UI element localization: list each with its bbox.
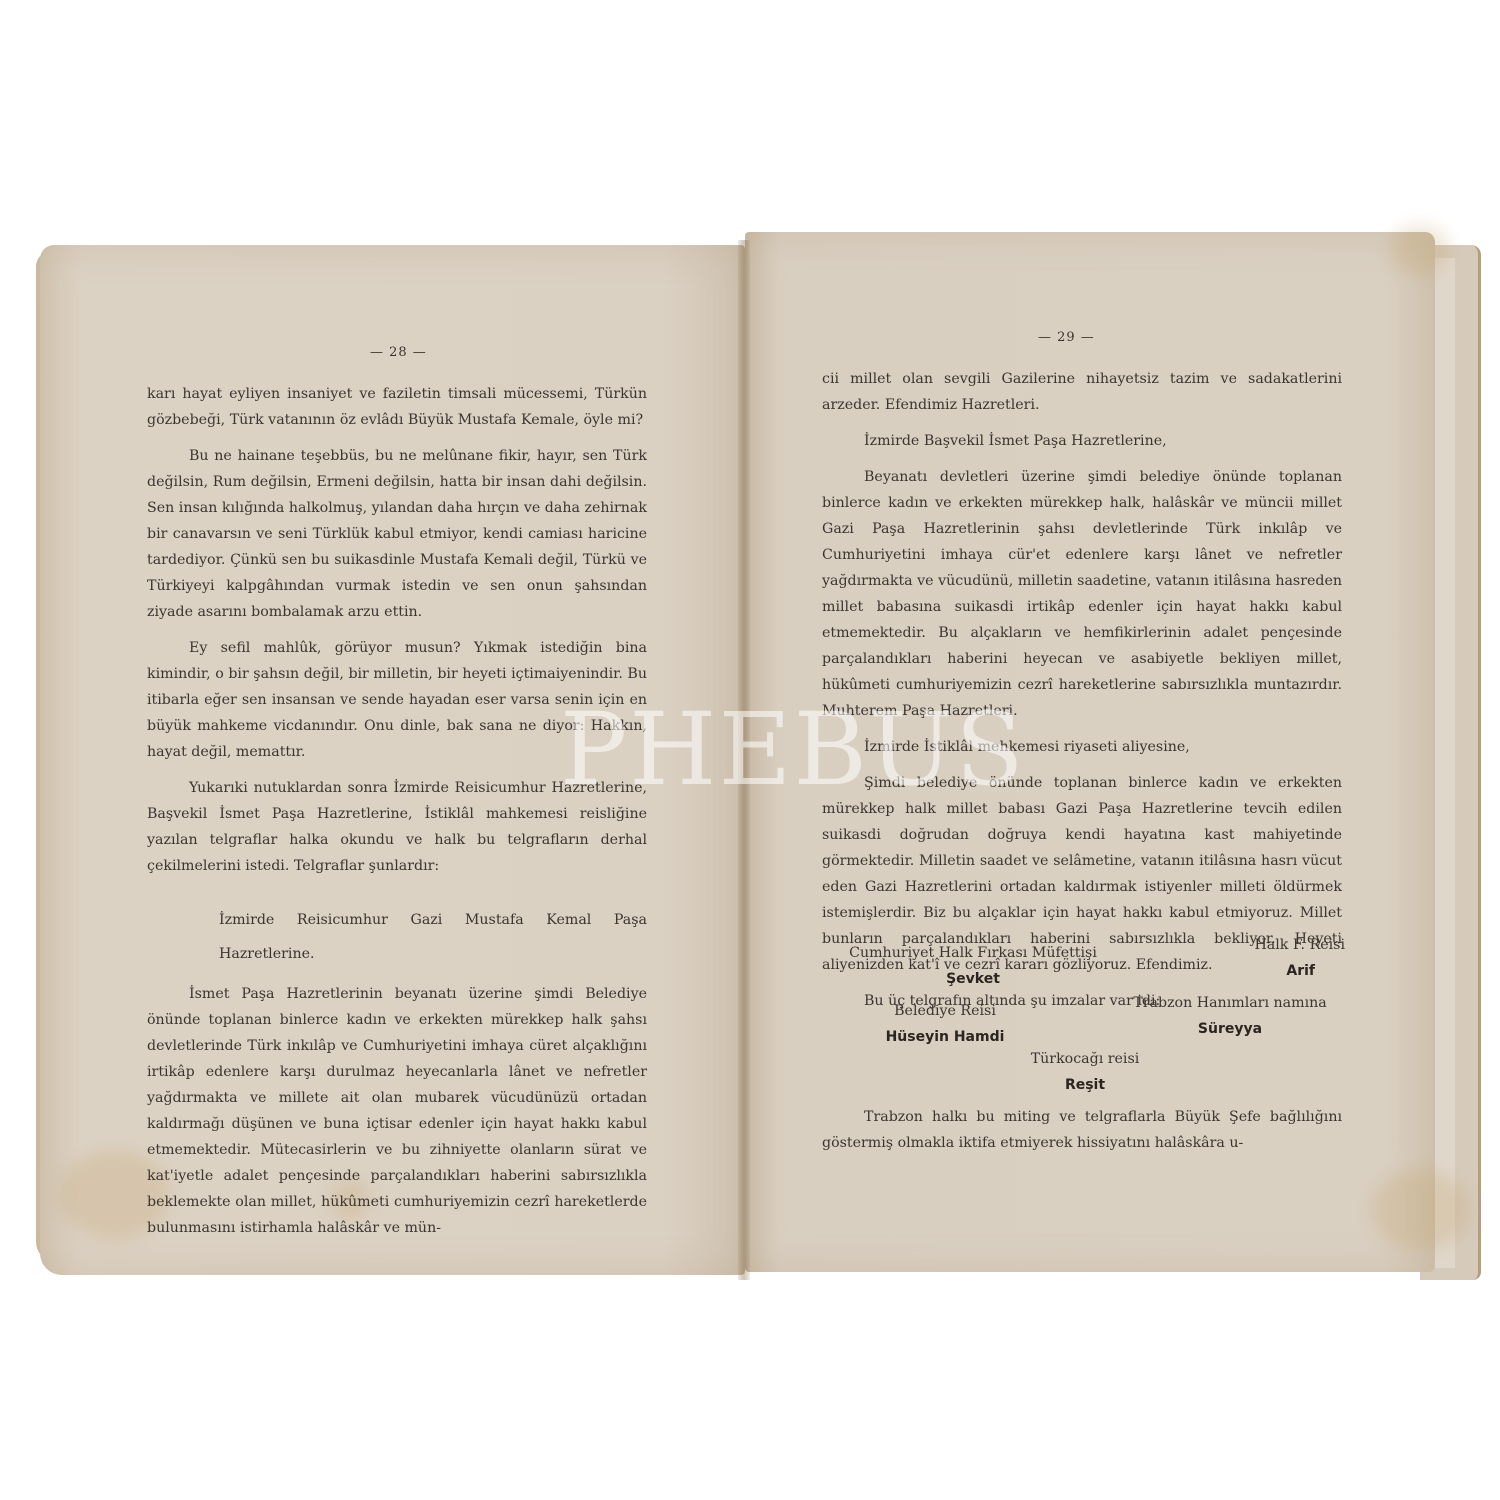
page-number-right: — 29 —	[1038, 330, 1095, 345]
right-page-closing: Trabzon halkı bu miting ve telgraflarla …	[822, 1104, 1342, 1156]
right-page-edge-inner	[1435, 258, 1455, 1268]
paragraph: Bu ne hainane teşebbüs, bu ne melûnane f…	[147, 443, 647, 625]
signature-block: Türkocağı reisi Reşit	[1000, 1046, 1170, 1098]
page-number-left: — 28 —	[370, 345, 427, 360]
watermark: PHEBUS	[560, 700, 1026, 800]
signature-name: Şevket	[828, 966, 1118, 992]
right-page-text: cii millet olan sevgili Gazilerine nihay…	[822, 366, 1342, 1014]
paragraph: cii millet olan sevgili Gazilerine nihay…	[822, 366, 1342, 418]
signature-name: Arif	[1195, 958, 1345, 984]
signature-name: Reşit	[1000, 1072, 1170, 1098]
paragraph: karı hayat eyliyen insaniyet ve fazileti…	[147, 381, 647, 433]
signature-block: Halk F. Reisi Arif	[1195, 932, 1345, 984]
signature-name: Süreyya	[1110, 1016, 1350, 1042]
paper-stain	[1370, 1170, 1470, 1250]
signature-block: Trabzon Hanımları namına Süreyya	[1110, 990, 1350, 1042]
signature-title: Belediye Reisi	[855, 998, 1035, 1024]
paragraph: Trabzon halkı bu miting ve telgraflarla …	[822, 1104, 1342, 1156]
left-page-text: karı hayat eyliyen insaniyet ve fazileti…	[147, 381, 647, 1241]
signature-title: Halk F. Reisi	[1195, 932, 1345, 958]
paper-stain	[1390, 225, 1450, 275]
telegram-address: İzmirde Başvekil İsmet Paşa Hazretlerine…	[822, 428, 1342, 454]
signature-block: Cumhuriyet Halk Fırkası Müfettişi Şevket	[828, 940, 1118, 992]
signature-title: Cumhuriyet Halk Fırkası Müfettişi	[828, 940, 1118, 966]
paragraph: Beyanatı devletleri üzerine şimdi beledi…	[822, 464, 1342, 724]
signature-title: Trabzon Hanımları namına	[1110, 990, 1350, 1016]
telegram-address: İzmirde Reisicumhur Gazi Mustafa Kemal P…	[219, 903, 647, 971]
paragraph: İsmet Paşa Hazretlerinin beyanatı üzerin…	[147, 981, 647, 1241]
signature-title: Türkocağı reisi	[1000, 1046, 1170, 1072]
open-book: — 28 — karı hayat eyliyen insaniyet ve f…	[0, 0, 1500, 1500]
signature-block: Belediye Reisi Hüseyin Hamdi	[855, 998, 1035, 1050]
